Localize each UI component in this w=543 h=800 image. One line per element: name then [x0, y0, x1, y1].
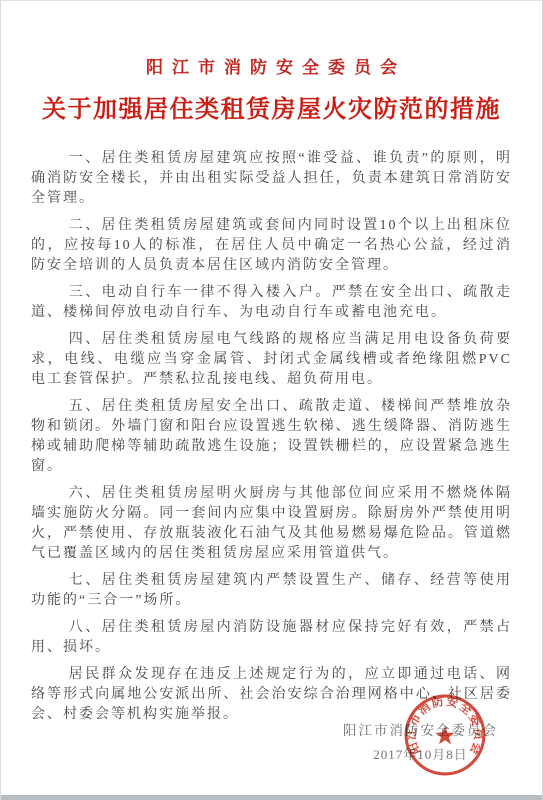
- org-title: 阳江市消防安全委员会: [1, 53, 542, 78]
- paragraph-6: 六、居住类租赁房屋明火厨房与其他部位间应采用不燃烧体隔墙实施防火分隔。同一套间内…: [31, 484, 512, 564]
- signature-date: 2017年10月8日: [343, 744, 498, 763]
- document-body: 一、居住类租赁房屋建筑应按照“谁受益、谁负责”的原则，明确消防安全楼长，并由出租…: [31, 149, 512, 725]
- paragraph-2: 二、居住类租赁房屋建筑或套间内同时设置10个以上出租床位的，应按每10人的标准，…: [31, 216, 512, 276]
- paragraph-8: 八、居住类租赁房屋内消防设施器材应保持完好有效，严禁占用、损坏。: [31, 618, 512, 658]
- paragraph-1: 一、居住类租赁房屋建筑应按照“谁受益、谁负责”的原则，明确消防安全楼长，并由出租…: [31, 149, 512, 209]
- paragraph-report-notice: 居民群众发现存在违反上述规定行为的，应立即通过电话、网络等形式向属地公安派出所、…: [31, 665, 512, 725]
- paragraph-7: 七、居住类租赁房屋建筑内严禁设置生产、储存、经营等使用功能的“三合一”场所。: [31, 571, 512, 611]
- signature-org-name: 阳江市消防安全委员会: [343, 719, 498, 739]
- scanned-page: 阳江市消防安全委员会 关于加强居住类租赁房屋火灾防范的措施 一、居住类租赁房屋建…: [0, 0, 543, 800]
- document-page: { "doc": { "org_title": "阳江市消防安全委员会", "t…: [0, 0, 543, 800]
- paragraph-4: 四、居住类租赁房屋电气线路的规格应当满足用电设备负荷要求，电线、电缆应当穿金属管…: [31, 330, 512, 390]
- page-bottom-edge: [1, 795, 542, 800]
- paragraph-3: 三、电动自行车一律不得入楼入户。严禁在安全出口、疏散走道、楼梯间停放电动自行车、…: [31, 283, 512, 323]
- paragraph-5: 五、居住类租赁房屋安全出口、疏散走道、楼梯间严禁堆放杂物和锁闭。外墙门窗和阳台应…: [31, 397, 512, 477]
- page-title: 关于加强居住类租赁房屋火灾防范的措施: [1, 89, 542, 124]
- signature-block: 阳江市消防安全委员会 2017年10月8日: [343, 719, 498, 763]
